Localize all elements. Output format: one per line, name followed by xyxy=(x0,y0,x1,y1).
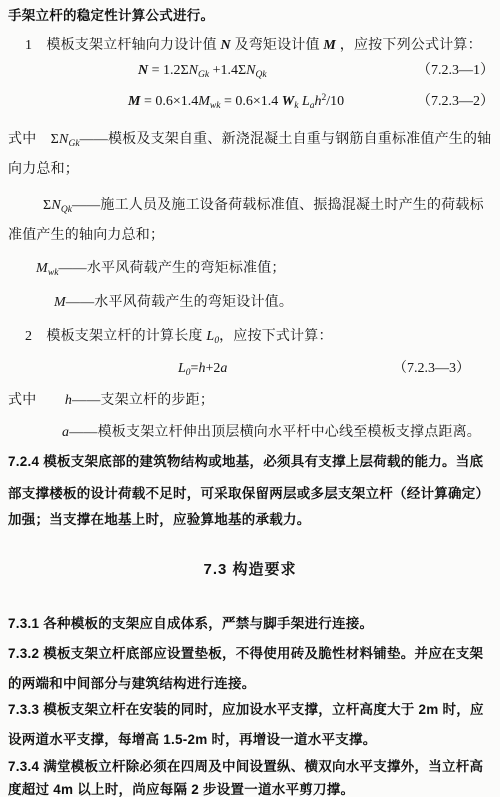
definition-m: M——水平风荷载产生的弯矩设计值。 xyxy=(54,293,293,313)
clause-7.3.4-line1: 7.3.4 满堂模板立杆除必须在四周及中间设置纵、横双向水平支撑外，当立杆高 xyxy=(8,757,483,777)
text-segment: 7.3 构造要求 xyxy=(203,561,296,578)
text-segment: Gk xyxy=(69,139,80,149)
text-segment: L xyxy=(302,94,310,109)
clause-7.2.4-line3: 加强；当支撑在地基上时，应验算地基的承载力。 xyxy=(8,510,311,530)
text-segment: N xyxy=(59,132,69,147)
text-segment: M xyxy=(128,94,140,109)
text-segment: 7.3.3 模板支架立杆在安装的同时，应加设水平支撑，立杆高度大于 2m 时，应 xyxy=(8,702,484,717)
text-segment: ，应按下式计算： xyxy=(219,329,333,344)
text-segment: Qk xyxy=(61,205,72,215)
text-segment: = 0.6×1.4 xyxy=(220,94,281,109)
clause-7.2.3-continuation: 手架立杆的稳定性计算公式进行。 xyxy=(8,6,214,26)
text-segment: ——模板及支架自重、新浇混凝土自重与钢筋自重标准值产生的轴 xyxy=(80,132,492,147)
text-segment: N xyxy=(138,63,148,78)
text-segment: wk xyxy=(210,101,221,111)
clause-7.3.3-line2: 设两道水平支撑，每增高 1.5-2m 时，再增设一道水平支撑。 xyxy=(8,730,377,750)
text-segment: = 1.2Σ xyxy=(148,63,189,78)
item-1: 1 模板支架立杆轴向力设计值 N 及弯矩设计值 M ，应按下列公式计算： xyxy=(25,36,482,56)
formula-7.2.3-2-number: （7.2.3—2） xyxy=(417,92,494,112)
text-segment: 式中 xyxy=(8,393,65,408)
clause-7.2.4-line2: 部支撑楼板的设计荷载不足时，可采取保留两层或多层支架立杆（经计算确定） xyxy=(8,484,489,504)
formula-7.2.3-3-number: （7.2.3—3） xyxy=(393,359,470,379)
formula-7.2.3-1: N = 1.2ΣNGk +1.4ΣNQk（7.2.3—1） xyxy=(0,61,500,81)
text-segment: 及弯矩设计值 xyxy=(231,38,324,53)
text-segment: = 0.6×1.4 xyxy=(140,94,198,109)
text-segment: ——水平风荷载产生的弯矩标准值； xyxy=(58,261,285,276)
text-segment: +1.4Σ xyxy=(209,63,246,78)
formula-7.2.3-2: M = 0.6×1.4Mwk = 0.6×1.4 Wk Lah2/10（7.2.… xyxy=(0,92,500,112)
formula-7.2.3-1-number: （7.2.3—1） xyxy=(417,61,494,81)
text-segment: 7.3.1 各种模板的支架应自成体系，严禁与脚手架进行连接。 xyxy=(8,616,373,631)
clause-7.3.2-line1: 7.3.2 模板支架立杆底部应设置垫板，不得使用砖及脆性材料铺垫。并应在支架 xyxy=(8,644,483,664)
text-segment: 设两道水平支撑，每增高 1.5-2m 时，再增设一道水平支撑。 xyxy=(8,732,377,747)
definition-h: 式中 h——支架立杆的步距； xyxy=(8,391,214,411)
definition-sigma-nqk-cont: 准值产生的轴向力总和； xyxy=(8,226,164,246)
text-segment: M xyxy=(198,94,210,109)
text-segment: h xyxy=(315,94,322,109)
formula-7.2.3-3: L0=h+2a（7.2.3—3） xyxy=(0,359,500,379)
text-segment: ——支架立杆的步距； xyxy=(72,393,214,408)
text-segment: N xyxy=(221,38,231,53)
text-segment: 7.3.4 满堂模板立杆除必须在四周及中间设置纵、横双向水平支撑外，当立杆高 xyxy=(8,759,483,774)
definition-a: a——模板支架立杆伸出顶层横向水平杆中心线至模板支撑点距离。 xyxy=(62,423,481,443)
clause-7.3.2-line2: 的两端和中间部分与建筑结构进行连接。 xyxy=(8,674,256,694)
clause-7.3.3-line1: 7.3.3 模板支架立杆在安装的同时，应加设水平支撑，立杆高度大于 2m 时，应 xyxy=(8,700,484,720)
text-segment: h xyxy=(65,393,72,408)
text-segment: ，应按下列公式计算： xyxy=(336,38,482,53)
formula-7.2.3-3-equation: L0=h+2a xyxy=(178,359,227,379)
text-segment: /10 xyxy=(326,94,344,109)
text-segment: 向力总和； xyxy=(8,162,79,177)
text-segment: 式中 Σ xyxy=(8,132,59,147)
section-7.3-heading: 7.3 构造要求 xyxy=(0,560,500,580)
text-segment: +2 xyxy=(205,361,220,376)
text-segment: M xyxy=(54,295,66,310)
text-segment: M xyxy=(36,261,48,276)
text-segment: a xyxy=(220,361,227,376)
document-page: 手架立杆的稳定性计算公式进行。1 模板支架立杆轴向力设计值 N 及弯矩设计值 M… xyxy=(0,0,500,797)
text-segment: 手架立杆的稳定性计算公式进行。 xyxy=(8,8,214,23)
clause-7.3.1: 7.3.1 各种模板的支架应自成体系，严禁与脚手架进行连接。 xyxy=(8,614,373,634)
text-segment: M xyxy=(323,38,336,53)
text-segment: 1 模板支架立杆轴向力设计值 xyxy=(25,38,221,53)
clause-7.2.4-line1: 7.2.4 模板支架底部的建筑物结构或地基，必须具有支撑上层荷载的能力。当底 xyxy=(8,452,483,472)
definition-sigma-ngk-cont: 向力总和； xyxy=(8,160,79,180)
text-segment: 2 模板支架立杆的计算长度 xyxy=(25,329,206,344)
text-segment: N xyxy=(51,198,61,213)
text-segment: L xyxy=(178,361,186,376)
definition-sigma-ngk: 式中 ΣNGk——模板及支架自重、新浇混凝土自重与钢筋自重标准值产生的轴 xyxy=(8,130,491,150)
definition-mwk: Mwk——水平风荷载产生的弯矩标准值； xyxy=(36,259,286,279)
text-segment: wk xyxy=(48,268,59,278)
clause-7.3.4-line2: 度超过 4m 以上时，尚应每隔 2 步设置一道水平剪刀撑。 xyxy=(8,780,354,797)
definition-sigma-nqk: ΣNQk——施工人员及施工设备荷载标准值、振捣混凝土时产生的荷载标 xyxy=(43,196,484,216)
text-segment: 加强；当支撑在地基上时，应验算地基的承载力。 xyxy=(8,512,311,527)
formula-7.2.3-1-equation: N = 1.2ΣNGk +1.4ΣNQk xyxy=(138,61,267,81)
text-segment: 度超过 4m 以上时，尚应每隔 2 步设置一道水平剪刀撑。 xyxy=(8,782,354,797)
text-segment: 7.2.4 模板支架底部的建筑物结构或地基，必须具有支撑上层荷载的能力。当底 xyxy=(8,454,483,469)
item-2: 2 模板支架立杆的计算长度 L0，应按下式计算： xyxy=(25,327,333,347)
text-segment: Gk xyxy=(198,70,209,80)
text-segment: 的两端和中间部分与建筑结构进行连接。 xyxy=(8,676,256,691)
text-segment: ——模板支架立杆伸出顶层横向水平杆中心线至模板支撑点距离。 xyxy=(69,425,481,440)
text-segment: ——施工人员及施工设备荷载标准值、振捣混凝土时产生的荷载标 xyxy=(72,198,484,213)
text-segment: ——水平风荷载产生的弯矩设计值。 xyxy=(66,295,293,310)
text-segment: W xyxy=(282,94,294,109)
text-segment: 准值产生的轴向力总和； xyxy=(8,228,164,243)
text-segment: 部支撑楼板的设计荷载不足时，可采取保留两层或多层支架立杆（经计算确定） xyxy=(8,486,489,501)
text-segment: Qk xyxy=(255,70,266,80)
text-segment: 7.3.2 模板支架立杆底部应设置垫板，不得使用砖及脆性材料铺垫。并应在支架 xyxy=(8,646,483,661)
text-segment: N xyxy=(189,63,198,78)
formula-7.2.3-2-equation: M = 0.6×1.4Mwk = 0.6×1.4 Wk Lah2/10 xyxy=(128,92,344,112)
